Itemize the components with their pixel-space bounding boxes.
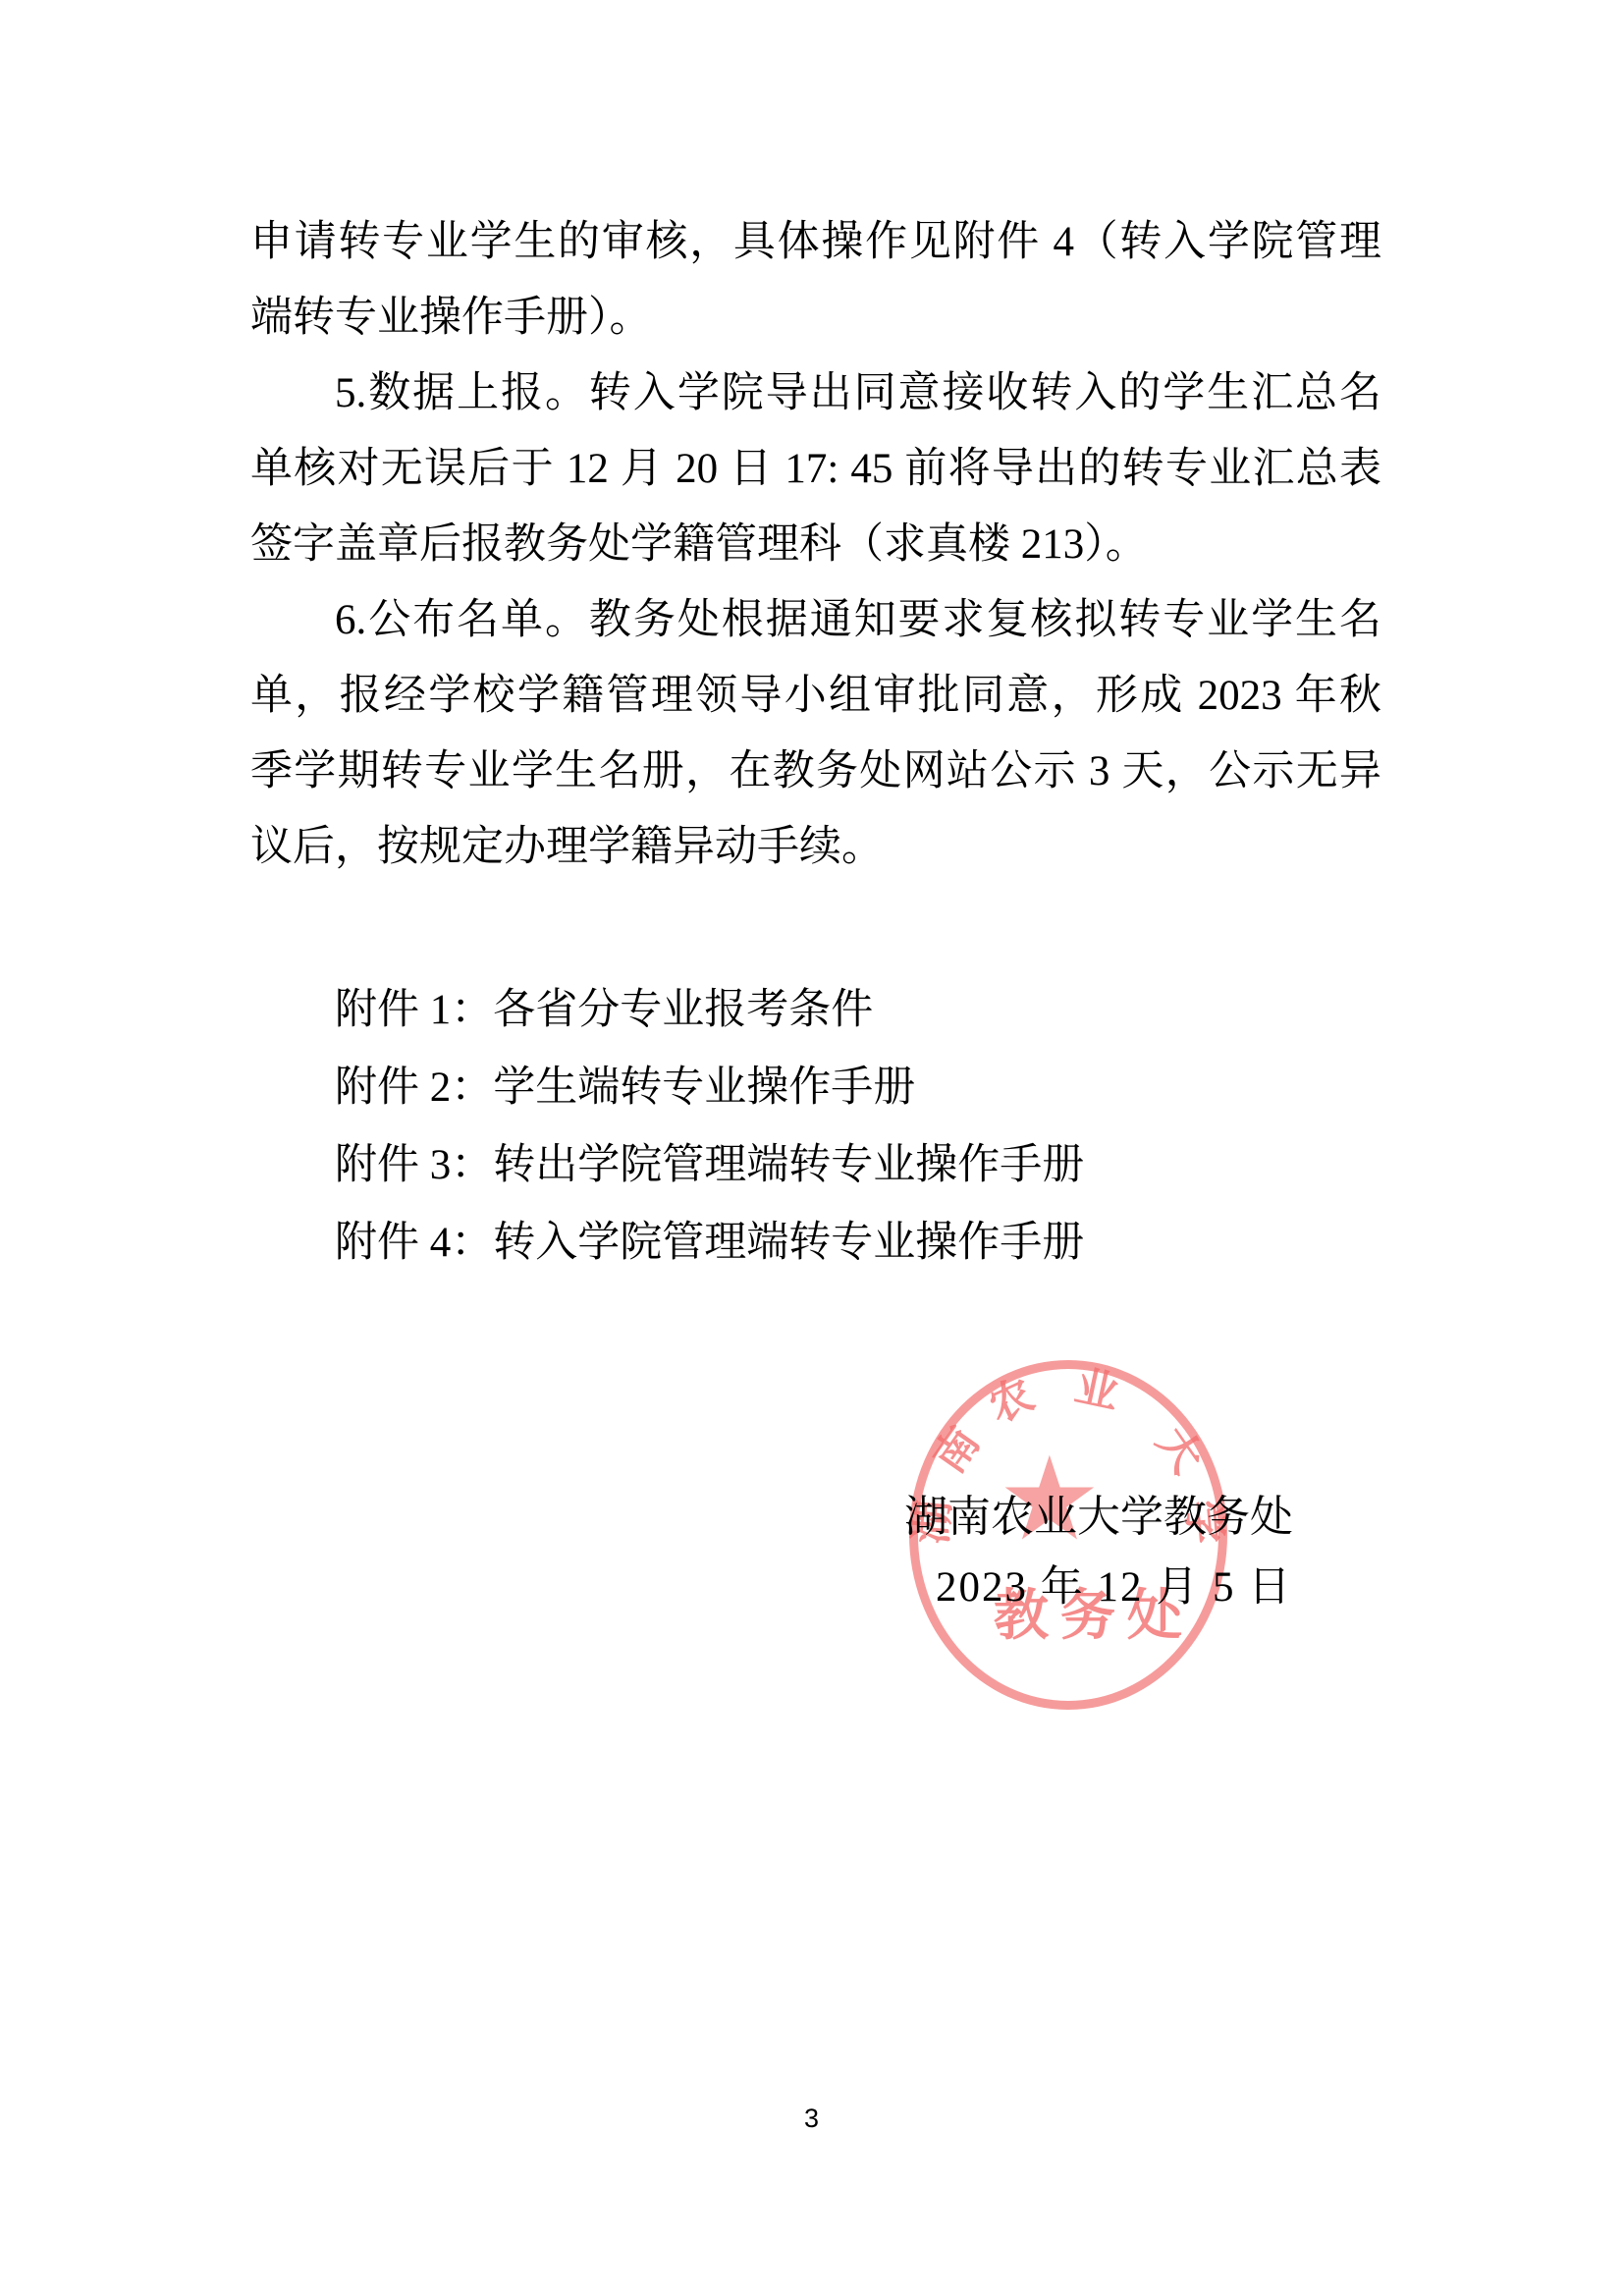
- attachment-item: 附件 3：转出学院管理端转专业操作手册: [335, 1126, 1084, 1204]
- document-page: 申请转专业学生的审核，具体操作见附件 4（转入学院管理 端转专业操作手册）。 5…: [0, 0, 1623, 2296]
- signature-date: 2023 年 12 月 5 日: [936, 1554, 1292, 1613]
- body-line: 季学期转专业学生名册，在教务处网站公示 3 天，公示无异: [250, 734, 1381, 809]
- signature-organization: 湖南农业大学教务处: [904, 1481, 1293, 1544]
- body-line: 6.公布名单。教务处根据通知要求复核拟转专业学生名: [250, 582, 1381, 658]
- attachment-list: 附件 1：各省分专业报考条件 附件 2：学生端转专业操作手册 附件 3：转出学院…: [335, 971, 1084, 1282]
- attachment-item: 附件 4：转入学院管理端转专业操作手册: [335, 1204, 1084, 1282]
- body-line: 申请转专业学生的审核，具体操作见附件 4（转入学院管理: [250, 204, 1381, 280]
- body-line: 单，报经学校学籍管理领导小组审批同意，形成 2023 年秋: [250, 658, 1381, 734]
- attachment-item: 附件 1：各省分专业报考条件: [335, 971, 1084, 1049]
- body-line: 议后，按规定办理学籍异动手续。: [250, 809, 1381, 885]
- body-line: 签字盖章后报教务处学籍管理科（求真楼 213）。: [250, 507, 1381, 582]
- body-line: 端转专业操作手册）。: [250, 280, 1381, 355]
- body-line: 单核对无误后于 12 月 20 日 17: 45 前将导出的转专业汇总表: [250, 431, 1381, 507]
- page-number: 3: [0, 2104, 1623, 2134]
- seal-arc-char: 业: [1070, 1364, 1124, 1418]
- body-line: 5.数据上报。转入学院导出同意接收转入的学生汇总名: [250, 355, 1381, 431]
- attachment-item: 附件 2：学生端转专业操作手册: [335, 1049, 1084, 1126]
- document-body: 申请转专业学生的审核，具体操作见附件 4（转入学院管理 端转专业操作手册）。 5…: [250, 204, 1381, 885]
